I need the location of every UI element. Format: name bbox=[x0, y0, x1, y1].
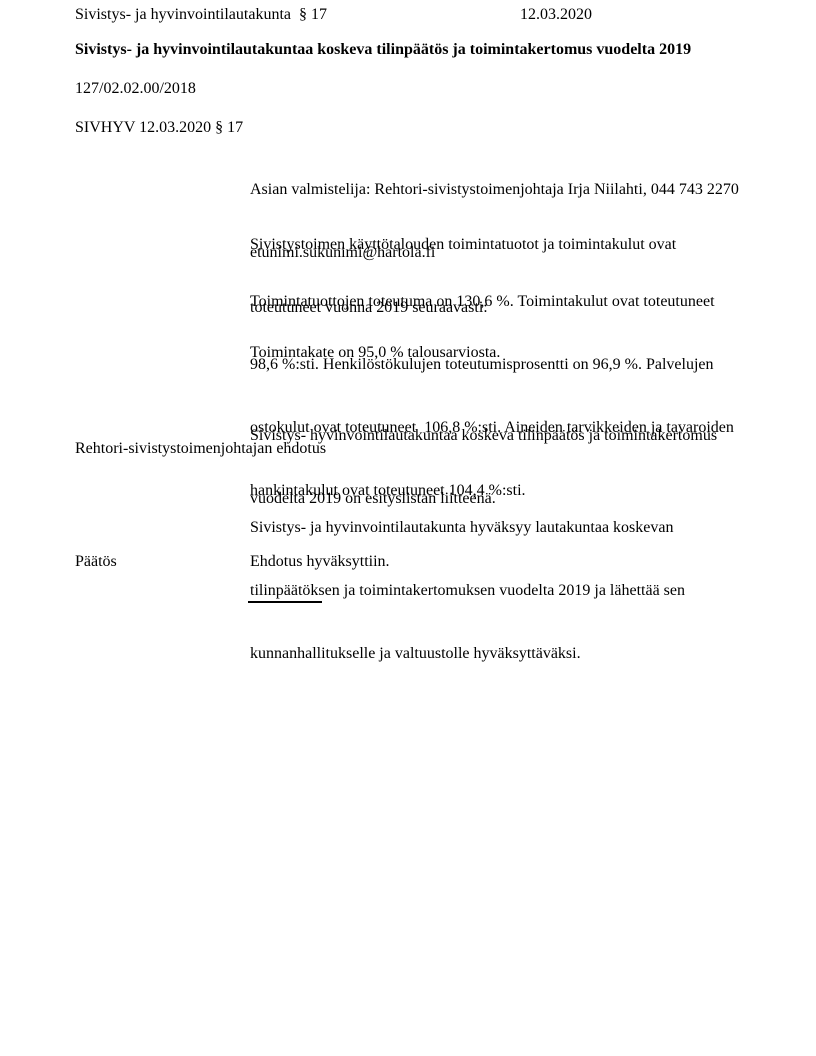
document-page: Sivistys- ja hyvinvointilautakunta § 17 … bbox=[0, 0, 816, 1056]
case-number: 127/02.02.00/2018 bbox=[75, 78, 196, 99]
net-result-paragraph: Toimintakate on 95,0 % talousarviosta. bbox=[250, 342, 500, 363]
proposal-line: Sivistys- ja hyvinvointilautakunta hyväk… bbox=[250, 517, 685, 538]
header-date: 12.03.2020 bbox=[520, 4, 592, 25]
decision-text: Ehdotus hyväksyttiin. bbox=[250, 551, 390, 572]
header-committee-and-section: Sivistys- ja hyvinvointilautakunta § 17 bbox=[75, 4, 327, 25]
document-title: Sivistys- ja hyvinvointilautakuntaa kosk… bbox=[75, 39, 691, 60]
proposal-paragraph: Sivistys- ja hyvinvointilautakunta hyväk… bbox=[250, 475, 685, 706]
signature-rule bbox=[248, 601, 322, 603]
proposal-line: kunnanhallitukselle ja valtuustolle hyvä… bbox=[250, 643, 685, 664]
proposal-label: Rehtori-sivistystoimenjohtajan ehdotus bbox=[75, 438, 326, 459]
item-heading: SIVHYV 12.03.2020 § 17 bbox=[75, 117, 243, 138]
figures-line: Toimintatuottojen toteutuma on 130,6 %. … bbox=[250, 291, 734, 312]
decision-label: Päätös bbox=[75, 551, 117, 572]
proposal-line: tilinpäätöksen ja toimintakertomuksen vu… bbox=[250, 580, 685, 601]
